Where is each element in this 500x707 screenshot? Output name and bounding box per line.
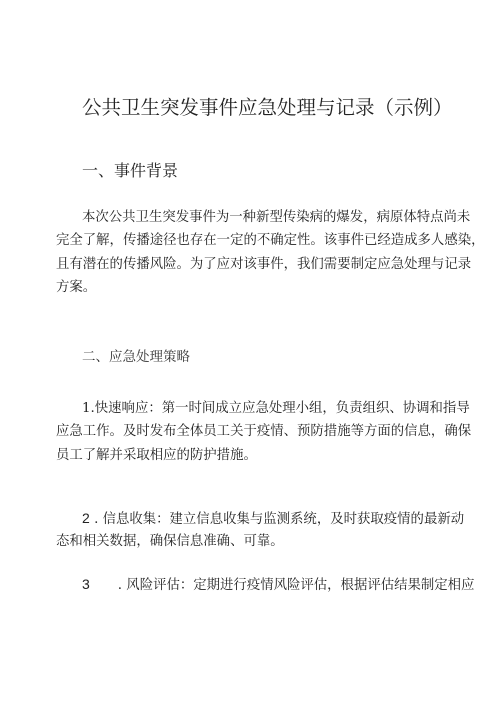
item-line: 应急工作。及时发布全体员工关于疫情、预防措施等方面的信息，确保	[56, 420, 445, 443]
background-paragraph: 本次公共卫生突发事件为一种新型传染病的爆发，病原体特点尚未 完全了解，传播途径也…	[56, 206, 445, 299]
item-line: 员工了解并采取相应的防护措施。	[56, 444, 445, 467]
item-text: . 信息收集：建立信息收集与监测系统，及时获取疫情的最新动	[94, 512, 464, 527]
paragraph-line: 完全了解，传播途径也存在一定的不确定性。该事件已经造成多人感染，	[56, 229, 445, 252]
item-first-line: 2 . 信息收集：建立信息收集与监测系统，及时获取疫情的最新动	[56, 507, 445, 530]
strategy-item-3: 3. 风险评估：定期进行疫情风险评估，根据评估结果制定相应	[56, 573, 445, 596]
strategy-item-1: 1.快速响应：第一时间成立应急处理小组，负责组织、协调和指导 应急工作。及时发布…	[56, 397, 445, 467]
strategy-item-2: 2 . 信息收集：建立信息收集与监测系统，及时获取疫情的最新动 态和相关数据，确…	[56, 507, 445, 554]
item-number: 1.	[82, 401, 95, 416]
item-line: 态和相关数据，确保信息准确、可靠。	[56, 530, 445, 553]
item-first-line: 3. 风险评估：定期进行疫情风险评估，根据评估结果制定相应	[56, 573, 445, 596]
document-page: 公共卫生突发事件应急处理与记录（示例） 一、事件背景 本次公共卫生突发事件为一种…	[0, 0, 500, 707]
section-heading-strategy: 二、应急处理策略	[82, 346, 190, 368]
item-number: 3	[82, 576, 90, 592]
item-number: 2	[82, 510, 90, 526]
item-text: 快速响应：第一时间成立应急处理小组，负责组织、协调和指导	[95, 401, 470, 416]
section-heading-background: 一、事件背景	[82, 160, 178, 182]
document-title: 公共卫生突发事件应急处理与记录（示例）	[82, 96, 442, 120]
item-text: . 风险评估：定期进行疫情风险评估，根据评估结果制定相应	[118, 578, 475, 593]
paragraph-line: 方案。	[56, 276, 445, 299]
paragraph-line: 且有潜在的传播风险。为了应对该事件，我们需要制定应急处理与记录	[56, 253, 445, 276]
paragraph-line: 本次公共卫生突发事件为一种新型传染病的爆发，病原体特点尚未	[56, 206, 445, 229]
item-first-line: 1.快速响应：第一时间成立应急处理小组，负责组织、协调和指导	[56, 397, 445, 420]
